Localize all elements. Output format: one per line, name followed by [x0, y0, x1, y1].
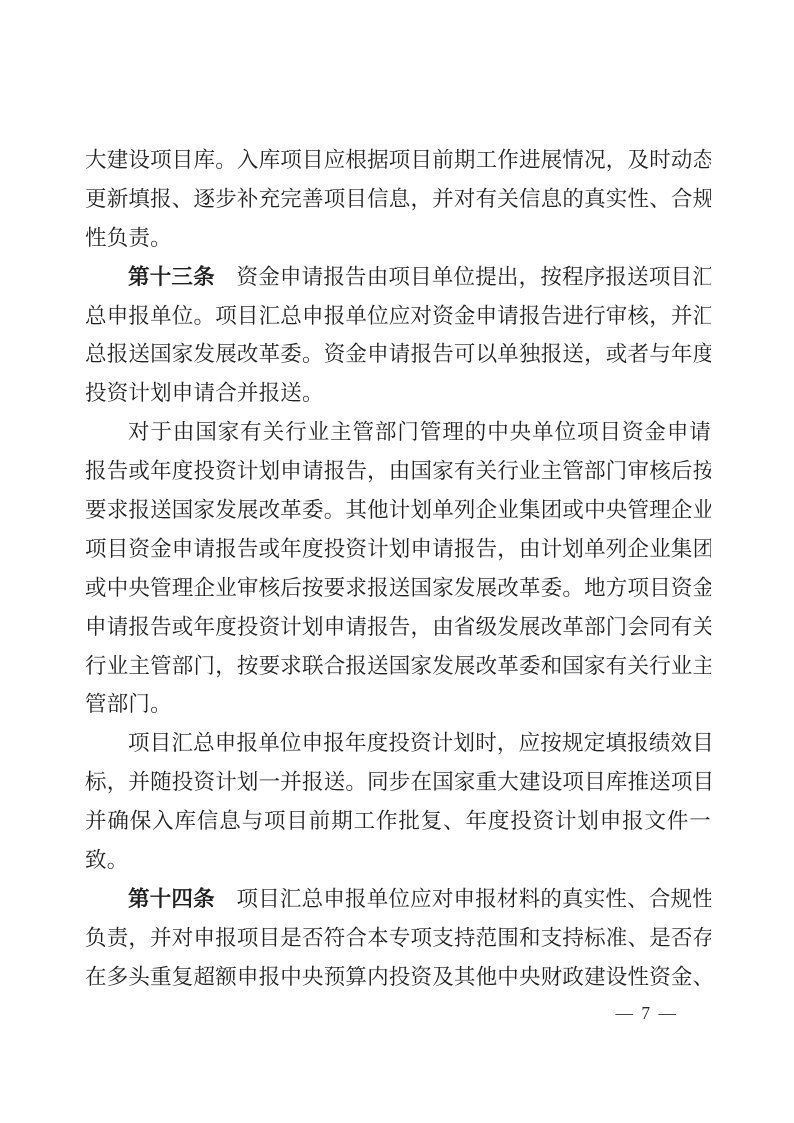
text-line: 行业主管部门，按要求联合报送国家发展改革委和国家有关行业主	[85, 647, 711, 686]
text-line: 项目资金申请报告或年度投资计划申请报告，由计划单列企业集团	[85, 530, 711, 569]
text-line: 第十三条 资金申请报告由项目单位提出，按程序报送项目汇	[85, 258, 711, 297]
text-line: 第十四条 项目汇总申报单位应对申报材料的真实性、合规性	[85, 880, 711, 919]
page-number: — 7 —	[616, 998, 679, 1028]
text-line: 标，并随投资计划一并报送。同步在国家重大建设项目库推送项目，	[85, 763, 711, 802]
text-line: 要求报送国家发展改革委。其他计划单列企业集团或中央管理企业	[85, 491, 711, 530]
text-line: 总报送国家发展改革委。资金申请报告可以单独报送，或者与年度	[85, 335, 711, 374]
article-number: 第十四条	[128, 887, 215, 911]
text-line: 大建设项目库。入库项目应根据项目前期工作进展情况，及时动态	[85, 141, 711, 180]
text-line: 投资计划申请合并报送。	[85, 374, 711, 413]
text-line: 申请报告或年度投资计划申请报告，由省级发展改革部门会同有关	[85, 608, 711, 647]
text-line: 项目汇总申报单位申报年度投资计划时，应按规定填报绩效目	[85, 724, 711, 763]
text-line: 对于由国家有关行业主管部门管理的中央单位项目资金申请	[85, 413, 711, 452]
text-line: 报告或年度投资计划申请报告，由国家有关行业主管部门审核后按	[85, 452, 711, 491]
text-line: 在多头重复超额申报中央预算内投资及其他中央财政建设性资金、	[85, 958, 711, 997]
document-body: 大建设项目库。入库项目应根据项目前期工作进展情况，及时动态更新填报、逐步补充完善…	[85, 141, 711, 997]
text-line: 负责，并对申报项目是否符合本专项支持范围和支持标准、是否存	[85, 919, 711, 958]
article-number: 第十三条	[128, 265, 215, 289]
document-page: 大建设项目库。入库项目应根据项目前期工作进展情况，及时动态更新填报、逐步补充完善…	[0, 0, 794, 1123]
text-line: 致。	[85, 841, 711, 880]
text-line: 更新填报、逐步补充完善项目信息，并对有关信息的真实性、合规	[85, 180, 711, 219]
text-line: 并确保入库信息与项目前期工作批复、年度投资计划申报文件一	[85, 802, 711, 841]
text-line: 性负责。	[85, 219, 711, 258]
text-line: 管部门。	[85, 685, 711, 724]
text-line: 总申报单位。项目汇总申报单位应对资金申请报告进行审核，并汇	[85, 297, 711, 336]
text-line: 或中央管理企业审核后按要求报送国家发展改革委。地方项目资金	[85, 569, 711, 608]
